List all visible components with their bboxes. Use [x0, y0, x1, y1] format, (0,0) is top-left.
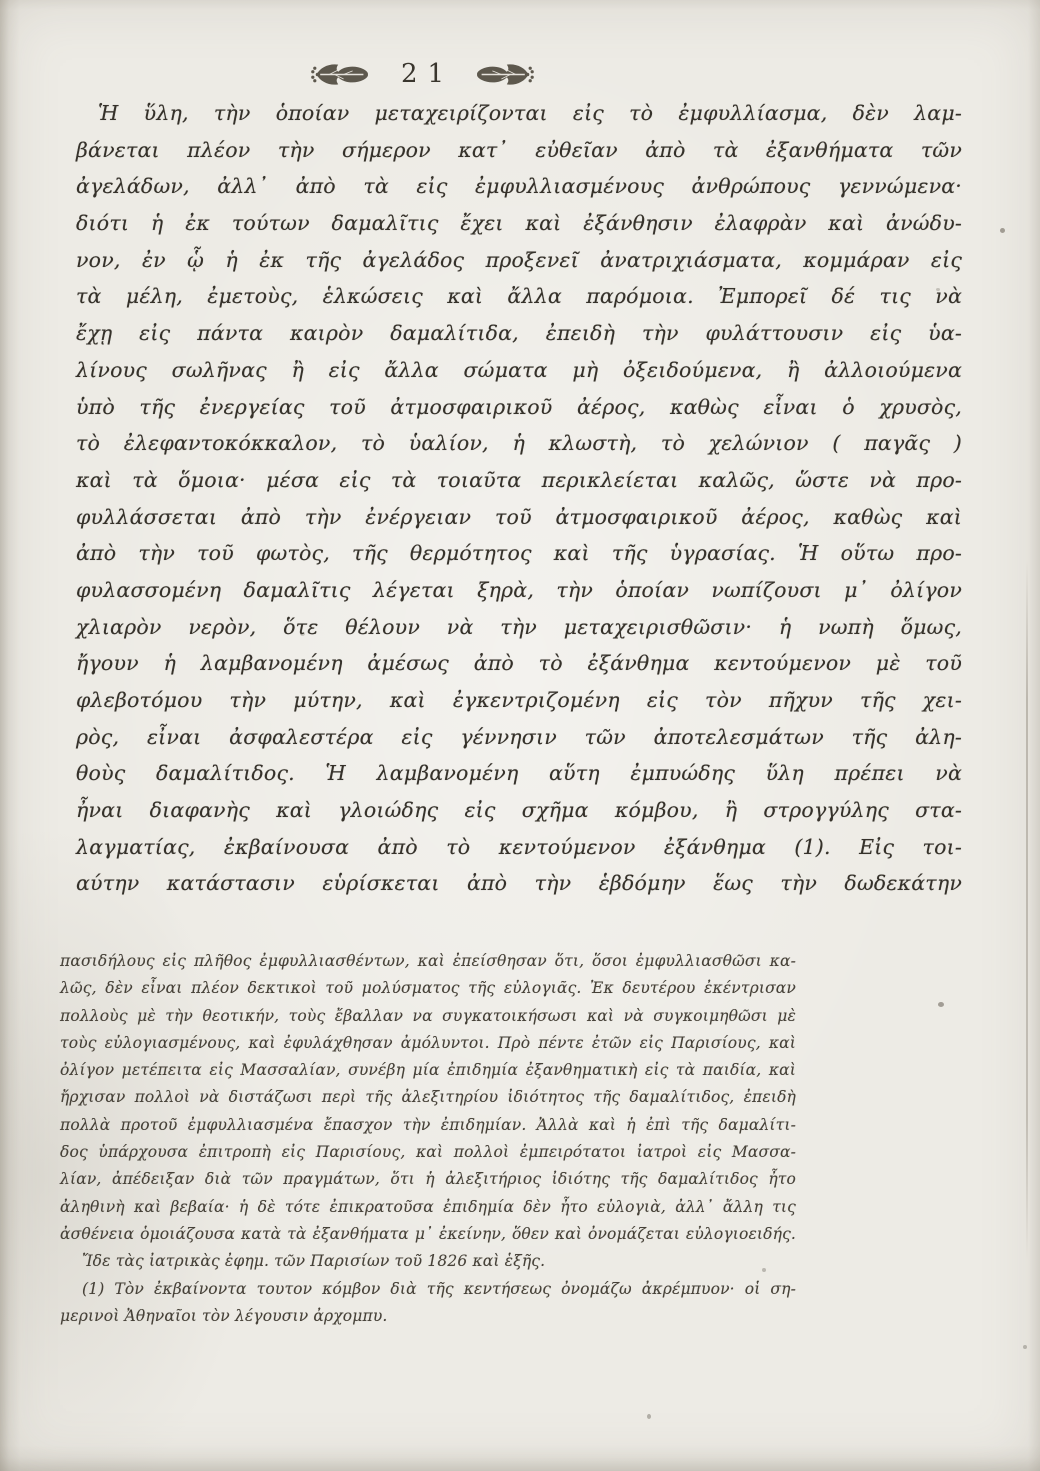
main-text-line: ἀπὸ τὴν τοῦ φωτὸς, τῆς θερμότητος καὶ τῆ… [76, 535, 962, 572]
main-text-line: ἦναι διαφανὴς καὶ γλοιώδης εἰς σχῆμα κόμ… [76, 792, 962, 829]
main-text-line: ἔχῃ εἰς πάντα καιρὸν δαμαλίτιδα, ἐπειδὴ … [76, 315, 962, 352]
main-text-line: τὰ μέλη, ἐμετοὺς, ἑλκώσεις καὶ ἄλλα παρό… [76, 278, 962, 315]
main-text-line: βάνεται πλέον τὴν σήμερον κατ᾽ εὐθεῖαν ἀ… [76, 132, 962, 169]
paper-speck [938, 1002, 944, 1007]
footnote-line: ὀλίγον μετέπειτα εἰς Μασσαλίαν, συνέβη μ… [60, 1057, 796, 1084]
footnote-line: ἀσθένεια ὁμοιάζουσα κατὰ τὰ ἐξανθήματα μ… [60, 1221, 796, 1248]
footnote-line: πολλὰ προτοῦ ἐμφυλλιασμένα ἔπασχον τὴν ἐ… [60, 1112, 796, 1139]
footnote-line: Ἴδε τὰς ἰατρικὰς ἐφημ. τῶν Παρισίων τοῦ … [60, 1248, 796, 1275]
footnote-line: λίαν, ἀπέδειξαν διὰ τῶν πραγμάτων, ὅτι ἡ… [60, 1166, 796, 1193]
footnote-line: πολλοὺς μὲ τὴν θεοτικήν, τοὺς ἔβαλλαν να… [60, 1003, 796, 1030]
main-text-line: ὑπὸ τῆς ἐνεργείας τοῦ ἀτμοσφαιρικοῦ ἀέρο… [76, 389, 962, 426]
paper-speck [1023, 1345, 1027, 1349]
page-edge-shadow [1026, 560, 1028, 1260]
footnote-line: τοὺς εὐλογιασμένους, καὶ ἐφυλάχθησαν ἀμό… [60, 1030, 796, 1057]
fleuron-left-icon [311, 61, 369, 88]
main-text-line: Ἡ ὕλη, τὴν ὁποίαν μεταχειρίζονται εἰς τὸ… [76, 95, 962, 132]
page-header: 21 [0, 52, 845, 96]
main-text-line: καὶ τὰ ὅμοια· μέσα εἰς τὰ τοιαῦτα περικλ… [76, 462, 962, 499]
footnote-section: πασιδήλους εἰς πλῆθος ἐμφυλλιασθέντων, κ… [60, 948, 796, 1330]
footnote-line: ἀληθινὴ καὶ βεβαία· ἡ δὲ τότε ἐπικρατοῦσ… [60, 1194, 796, 1221]
main-text-line: αύτην κατάστασιν εὑρίσκεται ἀπὸ τὴν ἑβδό… [76, 865, 962, 902]
main-text-line: ρὸς, εἶναι ἀσφαλεστέρα εἰς γέννησιν τῶν … [76, 719, 962, 756]
main-text-line: φλεβοτόμου τὴν μύτην, καὶ ἐγκεντριζομένη… [76, 682, 962, 719]
paper-speck [647, 1414, 651, 1419]
main-text-line: τὸ ἐλεφαντοκόκκαλον, τὸ ὑαλίον, ἡ κλωστὴ… [76, 425, 962, 462]
paper-speck [300, 632, 305, 636]
paper-speck [1000, 228, 1005, 233]
main-text-line: θοὺς δαμαλίτιδος. Ἡ λαμβανομένη αὕτη ἐμπ… [76, 755, 962, 792]
paper-speck [936, 288, 940, 291]
paper-speck [762, 1268, 766, 1272]
footnote-line: δος ὑπάρχουσα ἐπιτροπὴ εἰς Παρισίους, κα… [60, 1139, 796, 1166]
main-text-line: φυλλάσσεται ἀπὸ τὴν ἐνέργειαν τοῦ ἀτμοσφ… [76, 499, 962, 536]
main-text-line: λίνους σωλῆνας ἢ εἰς ἄλλα σώματα μὴ ὀξει… [76, 352, 962, 389]
book-page-scan: 21 Ἡ ὕλη, τὴν ὁποίαν μεταχειρίζονται εἰς… [0, 0, 1040, 1471]
main-text-line: διότι ἡ ἐκ τούτων δαμαλῖτις ἔχει καὶ ἐξά… [76, 205, 962, 242]
main-text-line: ἀγελάδων, ἀλλ᾽ ἀπὸ τὰ εἰς ἐμφυλλιασμένου… [76, 168, 962, 205]
main-text-block: Ἡ ὕλη, τὴν ὁποίαν μεταχειρίζονται εἰς τὸ… [76, 95, 962, 902]
footnote-line: λῶς, δὲν εἶναι πλέον δεκτικοὶ τοῦ μολύσμ… [60, 975, 796, 1002]
footnote-line: (1) Τὸν ἐκβαίνοντα τουτον κόμβον διὰ τῆς… [60, 1276, 796, 1303]
main-text-line: λαγματίας, ἐκβαίνουσα ἀπὸ τὸ κεντούμενον… [76, 829, 962, 866]
main-text-line: φυλασσομένη δαμαλῖτις λέγεται ξηρὰ, τὴν … [76, 572, 962, 609]
main-text-line: χλιαρὸν νερὸν, ὅτε θέλουν νὰ τὴν μεταχει… [76, 609, 962, 646]
footnote-line: πασιδήλους εἰς πλῆθος ἐμφυλλιασθέντων, κ… [60, 948, 796, 975]
footnote-line: ἤρχισαν πολλοὶ νὰ διστάζωσι περὶ τῆς ἀλε… [60, 1084, 796, 1111]
main-text-line: ἤγουν ἡ λαμβανομένη ἀμέσως ἀπὸ τὸ ἐξάνθη… [76, 645, 962, 682]
fleuron-right-icon [476, 61, 534, 88]
page-number: 21 [391, 59, 454, 89]
main-text-line: νον, ἐν ᾧ ἡ ἐκ τῆς ἀγελάδος προξενεῖ ἀνα… [76, 242, 962, 279]
footnote-line: μερινοὶ Ἀθηναῖοι τὸν λέγουσιν ἀρχομπυ. [60, 1303, 796, 1330]
